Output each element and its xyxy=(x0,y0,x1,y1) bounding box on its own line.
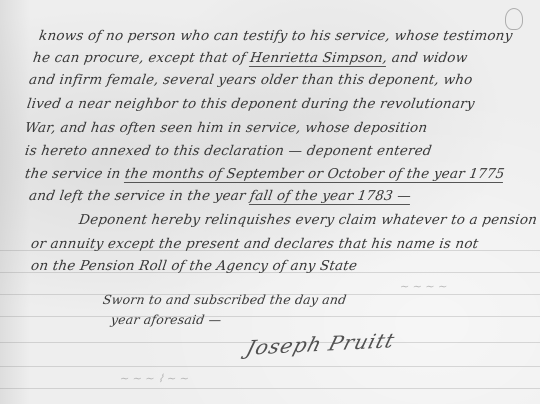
text-line-10: or annuity except the present and declar… xyxy=(30,236,479,252)
oath-line-1: Sworn to and subscribed the day and xyxy=(102,292,348,307)
service-start-date: the months of September or October of th… xyxy=(124,166,506,183)
seal-mark-icon xyxy=(505,8,523,30)
signature: Joseph Pruitt xyxy=(244,328,398,360)
witness-name: Henrietta Simpson, xyxy=(249,50,388,67)
text-line-6: is hereto annexed to this declaration — … xyxy=(24,143,433,159)
ruled-line xyxy=(0,316,540,317)
text-line-11: on the Pension Roll of the Agency of any… xyxy=(30,258,358,274)
bleed-through-text: ~ ~ ~ ⌇ ~ ~ xyxy=(119,372,190,385)
document-page: knows of no person who can testify to hi… xyxy=(0,0,540,404)
text-line-9: Deponent hereby relinquishes every claim… xyxy=(78,212,538,228)
service-end-date: fall of the year 1783 — xyxy=(249,188,412,205)
ruled-line xyxy=(0,366,540,367)
text-line-7: the service in the months of September o… xyxy=(24,166,506,182)
text-line-5: War, and has often seen him in service, … xyxy=(24,120,428,136)
ruled-line xyxy=(0,388,540,389)
text-line-2: he can procure, except that of Henrietta… xyxy=(32,50,469,66)
text-line-1: knows of no person who can testify to hi… xyxy=(38,28,514,44)
text-line-4: lived a near neighbor to this deponent d… xyxy=(26,96,476,112)
oath-line-2: year aforesaid — xyxy=(110,312,222,327)
bleed-through-text: ~ ~ ~ ~ xyxy=(399,280,449,293)
text-line-8: and left the service in the year fall of… xyxy=(28,188,412,204)
text-line-3: and infirm female, several years older t… xyxy=(28,72,474,88)
